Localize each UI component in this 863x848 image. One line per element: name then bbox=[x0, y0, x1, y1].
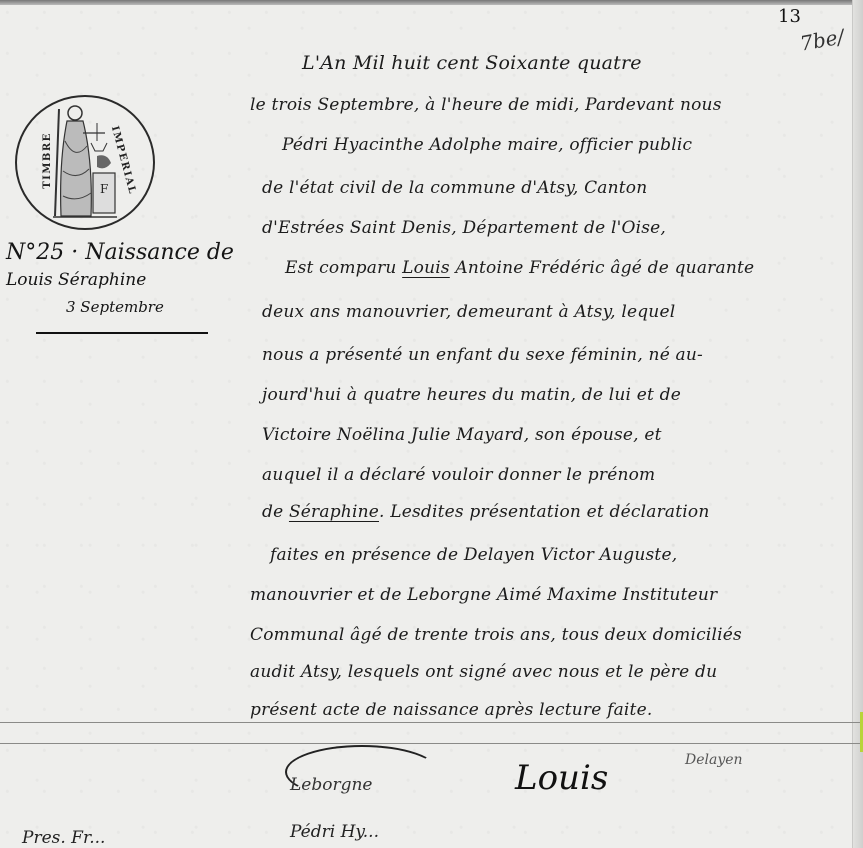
body-line: d'Estrées Saint Denis, Département de l'… bbox=[262, 218, 666, 238]
body-line: manouvrier et de Leborgne Aimé Maxime In… bbox=[250, 585, 717, 605]
page-reference: 7be/ bbox=[798, 24, 846, 55]
bottom-partial-signature: Pédri Hy... bbox=[290, 822, 379, 842]
entry-title: Naissance de bbox=[85, 240, 234, 265]
body-line: audit Atsy, lesquels ont signé avec nous… bbox=[250, 662, 717, 682]
page-number: 13 bbox=[778, 6, 801, 27]
timbre-imperial-stamp: TIMBRE IMPERIAL F bbox=[15, 95, 155, 230]
signature-leborgne: Leborgne bbox=[290, 775, 373, 795]
horizontal-rule bbox=[0, 743, 860, 744]
body-line: faites en présence de Delayen Victor Aug… bbox=[270, 545, 677, 565]
body-line: de Séraphine. Lesdites présentation et d… bbox=[262, 502, 710, 522]
body-line: le trois Septembre, à l'heure de midi, P… bbox=[250, 95, 722, 115]
bottom-partial-text: Pres. Fr... bbox=[22, 828, 105, 848]
body-line: de l'état civil de la commune d'Atsy, Ca… bbox=[262, 178, 647, 198]
body-line: nous a présenté un enfant du sexe fémini… bbox=[262, 345, 703, 365]
body-line: Est comparu Louis Antoine Frédéric âgé d… bbox=[285, 258, 754, 278]
svg-text:F: F bbox=[100, 182, 108, 196]
margin-underline bbox=[36, 332, 208, 334]
body-line: Victoire Noëlina Julie Mayard, son épous… bbox=[262, 425, 662, 445]
signature-louis: Louis bbox=[515, 758, 608, 798]
signature-delayen: Delayen bbox=[685, 752, 743, 768]
child-name-underlined: Séraphine bbox=[289, 502, 379, 522]
body-line: auquel il a déclaré vouloir donner le pr… bbox=[262, 465, 655, 485]
justice-figure-icon: F bbox=[47, 101, 127, 226]
entry-name: Louis Séraphine bbox=[6, 270, 146, 290]
body-line: présent acte de naissance après lecture … bbox=[250, 700, 652, 720]
entry-number: N°25 bbox=[6, 240, 64, 265]
father-name-underlined: Louis bbox=[402, 258, 450, 278]
body-line: jourd'hui à quatre heures du matin, de l… bbox=[262, 385, 681, 405]
body-line: deux ans manouvrier, demeurant à Atsy, l… bbox=[262, 302, 675, 322]
page-top-edge bbox=[0, 0, 863, 5]
document-page: 13 7be/ TIMBRE IMPERIAL F N°25 · Naissan… bbox=[0, 0, 863, 848]
body-line: L'An Mil huit cent Soixante quatre bbox=[302, 52, 642, 74]
horizontal-rule bbox=[0, 722, 860, 723]
body-line: Pédri Hyacinthe Adolphe maire, officier … bbox=[282, 135, 692, 155]
entry-date: 3 Septembre bbox=[66, 298, 164, 316]
body-line: Communal âgé de trente trois ans, tous d… bbox=[250, 625, 742, 645]
